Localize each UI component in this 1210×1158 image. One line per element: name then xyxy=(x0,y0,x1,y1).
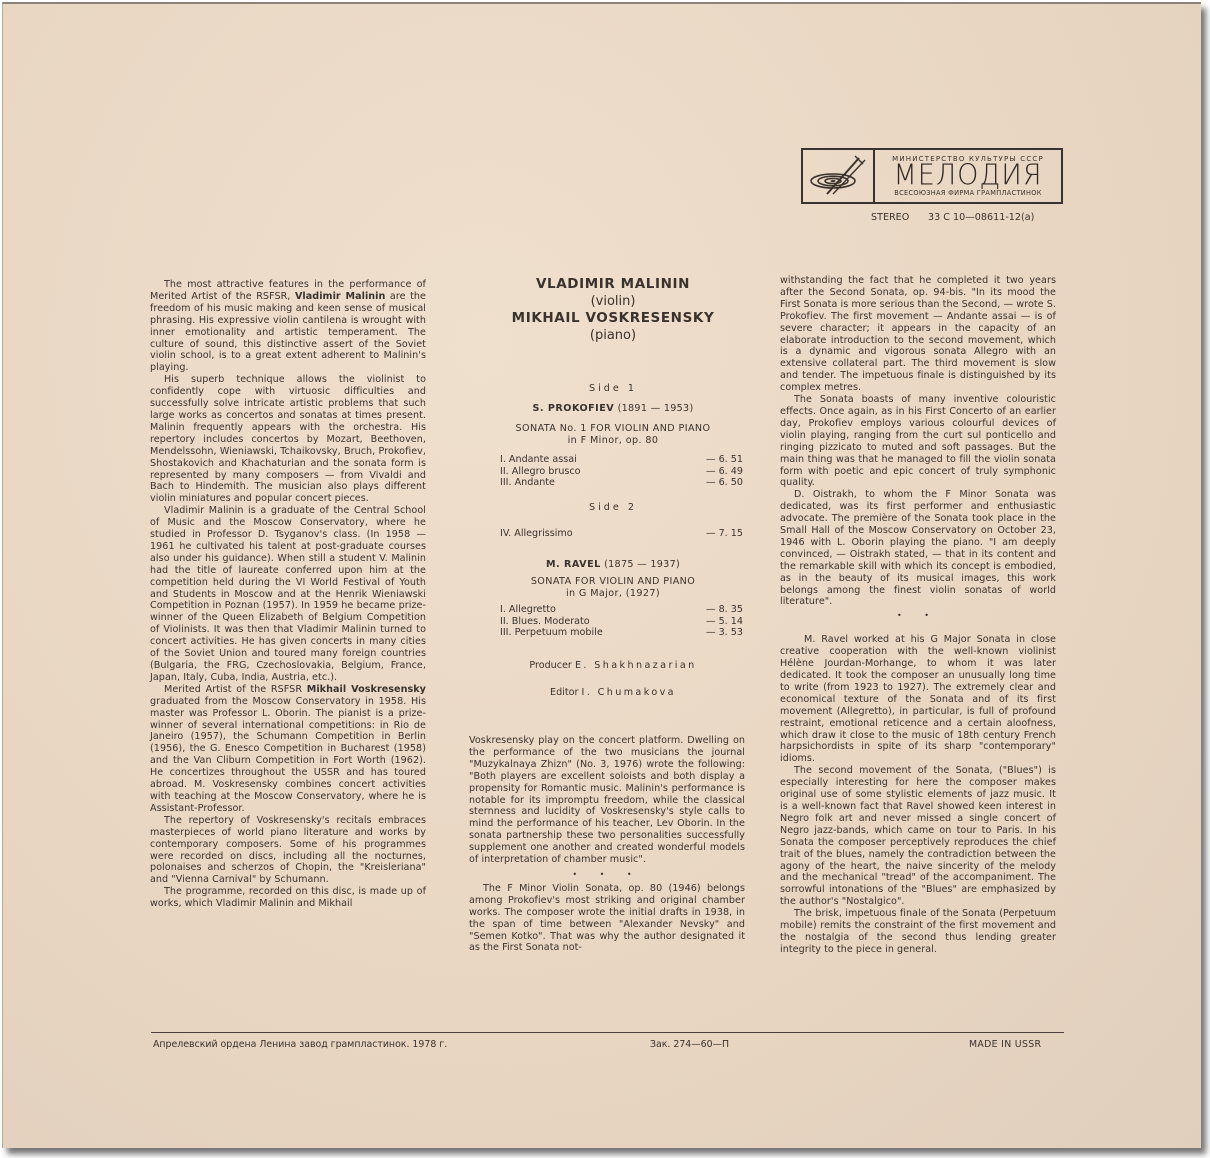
track-row: III. Perpetuum mobile— 3. 53 xyxy=(500,627,743,639)
track-row: III. Andante— 6. 50 xyxy=(500,477,743,489)
work1-key: in F Minor, op. 80 xyxy=(463,435,763,447)
composer1: S. PROKOFIEV (1891 — 1953) xyxy=(463,403,763,414)
order-number: Зак. 274—60—П xyxy=(650,1039,729,1050)
composer1-dates: (1891 — 1953) xyxy=(618,403,694,414)
paragraph: The repertory of Voskresensky's recitals… xyxy=(150,815,426,886)
track-row: IV. Allegrissimo — 7. 15 xyxy=(500,528,743,540)
pianist-name: MIKHAIL VOSKRESENSKY xyxy=(463,310,763,327)
paragraph: The Sonata boasts of many inventive colo… xyxy=(780,394,1056,489)
footer-divider xyxy=(151,1032,1064,1033)
section-separator: • • xyxy=(780,610,1056,622)
composer2-name: M. RAVEL xyxy=(546,559,601,570)
producer-name: E. Shakhnazarian xyxy=(575,660,697,671)
melodiya-logo: МИНИСТЕРСТВО КУЛЬТУРЫ СССР МЕЛОДИЯ ВСЕСО… xyxy=(801,148,1063,204)
track-duration: — 8. 35 xyxy=(706,604,743,616)
work1-title: SONATA No. 1 FOR VIOLIN AND PIANO in F M… xyxy=(463,423,763,447)
track-duration: — 5. 14 xyxy=(706,616,743,628)
paragraph: Voskresensky play on the concert platfor… xyxy=(469,735,745,866)
paragraph: The brisk, impetuous finale of the Sonat… xyxy=(780,908,1056,956)
paragraph: Merited Artist of the RSFSR Mikhail Vosk… xyxy=(150,684,426,815)
paragraph: withstanding the fact that he completed … xyxy=(780,275,1056,394)
side2-label: Side 2 xyxy=(463,502,763,513)
producer-credit: Producer E. Shakhnazarian xyxy=(463,660,763,671)
pianist-role: (piano) xyxy=(463,327,763,344)
paragraph: The second movement of the Sonata, ("Blu… xyxy=(780,765,1056,908)
record-emblem-icon xyxy=(803,150,875,202)
paragraph: The most attractive features in the perf… xyxy=(150,279,426,374)
side2-tracklist: I. Allegretto— 8. 35II. Blues. Moderato—… xyxy=(500,604,743,639)
paragraph: The F Minor Violin Sonata, op. 80 (1946)… xyxy=(469,883,745,954)
liner-notes-middle-column: Voskresensky play on the concert platfor… xyxy=(469,735,745,954)
track-row: II. Blues. Moderato— 5. 14 xyxy=(500,616,743,628)
side2-opening-track: IV. Allegrissimo — 7. 15 xyxy=(500,528,743,540)
track-title: II. Allegro brusco xyxy=(500,466,581,478)
country-of-origin: MADE IN USSR xyxy=(969,1039,1041,1050)
format-label: STEREO xyxy=(871,212,928,223)
composer1-name: S. PROKOFIEV xyxy=(532,403,614,414)
work2-title: SONATA FOR VIOLIN AND PIANO in G Major, … xyxy=(463,576,763,600)
track-duration: — 6. 51 xyxy=(706,454,743,466)
performers-header: VLADIMIR MALININ (violin) MIKHAIL VOSKRE… xyxy=(463,276,763,344)
section-separator: • • • xyxy=(469,869,745,881)
side1-label: Side 1 xyxy=(463,383,763,394)
artist-name: Vladimir Malinin xyxy=(295,291,385,302)
track-title: III. Perpetuum mobile xyxy=(500,627,603,639)
composer2-dates: (1875 — 1937) xyxy=(604,559,680,570)
record-sleeve-back: МИНИСТЕРСТВО КУЛЬТУРЫ СССР МЕЛОДИЯ ВСЕСО… xyxy=(2,2,1201,1148)
track-title: IV. Allegrissimo xyxy=(500,528,573,540)
side1-tracklist: I. Andante assai— 6. 51II. Allegro brusc… xyxy=(500,454,743,489)
track-title: I. Andante assai xyxy=(500,454,577,466)
track-row: II. Allegro brusco— 6. 49 xyxy=(500,466,743,478)
brand-name: МЕЛОДИЯ xyxy=(893,162,1042,189)
track-duration: — 3. 53 xyxy=(706,627,743,639)
catalog-info: STEREO 33 С 10—08611-12(а) xyxy=(871,212,1071,223)
track-duration: — 6. 50 xyxy=(706,477,743,489)
pressing-plant: Апрелевский ордена Ленина завод грамплас… xyxy=(153,1039,447,1050)
track-title: I. Allegretto xyxy=(500,604,556,616)
paragraph: D. Oistrakh, to whom the F Minor Sonata … xyxy=(780,489,1056,608)
artist-name: Mikhail Voskresensky xyxy=(307,684,426,695)
composer2: M. RAVEL (1875 — 1937) xyxy=(463,559,763,570)
liner-notes-left-column: The most attractive features in the perf… xyxy=(150,279,426,910)
track-title: II. Blues. Moderato xyxy=(500,616,590,628)
liner-notes-right-column: withstanding the fact that he completed … xyxy=(780,275,1056,956)
logo-wordmark: МИНИСТЕРСТВО КУЛЬТУРЫ СССР МЕЛОДИЯ ВСЕСО… xyxy=(875,150,1061,202)
editor-credit: Editor I. Chumakova xyxy=(463,687,763,698)
track-duration: — 7. 15 xyxy=(706,528,743,540)
paragraph: The programme, recorded on this disc, is… xyxy=(150,886,426,910)
editor-name: I. Chumakova xyxy=(582,687,676,698)
violinist-name: VLADIMIR MALININ xyxy=(463,276,763,293)
paragraph: Vladimir Malinin is a graduate of the Ce… xyxy=(150,505,426,684)
track-row: I. Allegretto— 8. 35 xyxy=(500,604,743,616)
paragraph: His superb technique allows the violinis… xyxy=(150,374,426,505)
work2-key: in G Major, (1927) xyxy=(463,588,763,600)
violinist-role: (violin) xyxy=(463,293,763,310)
track-title: III. Andante xyxy=(500,477,555,489)
catalog-number: 33 С 10—08611-12(а) xyxy=(928,212,1034,223)
track-row: I. Andante assai— 6. 51 xyxy=(500,454,743,466)
paragraph: M. Ravel worked at his G Major Sonata in… xyxy=(780,634,1056,765)
track-duration: — 6. 49 xyxy=(706,466,743,478)
